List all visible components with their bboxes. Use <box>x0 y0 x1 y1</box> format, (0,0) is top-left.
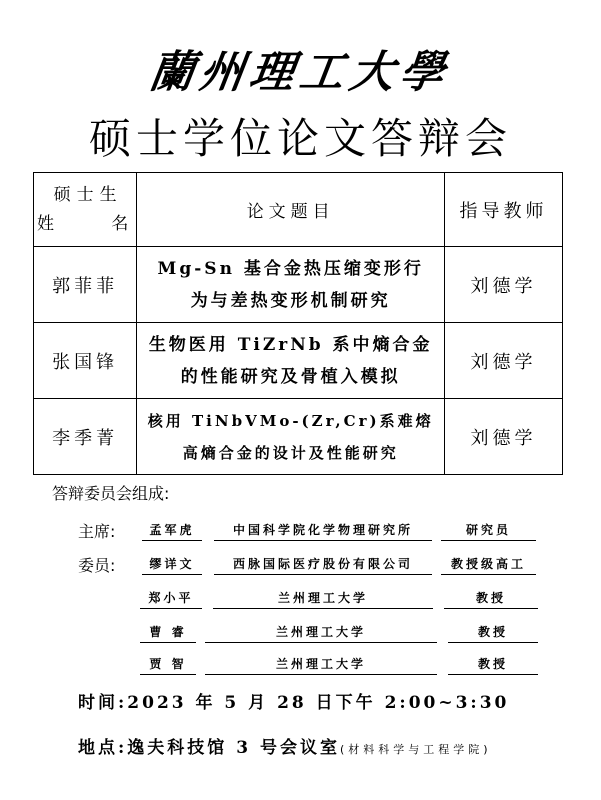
member-title: 研究员 <box>441 522 536 541</box>
event-place: 地点:逸夫科技馆 3 号会议室(材料科学与工程学院) <box>78 733 492 758</box>
committee-row: 委员: 缪详文 西脉国际医疗股份有限公司 教授级高工 <box>0 556 601 578</box>
thesis-line2: 为与差热变形机制研究 <box>137 285 444 317</box>
chair-label: 主席: <box>78 519 115 542</box>
table-row: 张国锋 生物医用 TiZrNb 系中熵合金 的性能研究及骨植入模拟 刘德学 <box>34 323 563 399</box>
member-title: 教授 <box>444 590 538 609</box>
student-name: 李季菁 <box>34 399 137 475</box>
student-name: 张国锋 <box>34 323 137 399</box>
thesis-line1: 核用 TiNbVMo-(Zr,Cr)系难熔 <box>137 405 444 437</box>
thesis-line1: Mg-Sn 基合金热压缩变形行 <box>137 253 444 285</box>
header-thesis: 论文题目 <box>137 173 445 247</box>
member-title: 教授 <box>448 656 538 675</box>
place-value: 逸夫科技馆 3 号会议室 <box>127 738 340 758</box>
university-logo: 蘭州理工大學 <box>0 36 601 100</box>
member-affiliation: 兰州理工大学 <box>205 656 437 675</box>
committee-row: 郑小平 兰州理工大学 教授 <box>0 590 601 612</box>
place-label: 地点: <box>78 738 127 758</box>
member-title: 教授级高工 <box>441 556 536 575</box>
member-name: 贾 智 <box>140 656 196 675</box>
advisor-name: 刘德学 <box>445 399 563 475</box>
thesis-line1: 生物医用 TiZrNb 系中熵合金 <box>137 329 444 361</box>
thesis-table: 硕士生 姓名 论文题目 指导教师 郭菲菲 Mg-Sn 基合金热压缩变形行 为与差… <box>33 172 563 475</box>
thesis-line2: 高熵合金的设计及性能研究 <box>137 437 444 469</box>
member-title: 教授 <box>448 624 538 643</box>
thesis-title: Mg-Sn 基合金热压缩变形行 为与差热变形机制研究 <box>137 247 445 323</box>
table-row: 李季菁 核用 TiNbVMo-(Zr,Cr)系难熔 高熵合金的设计及性能研究 刘… <box>34 399 563 475</box>
place-note: (材料科学与工程学院) <box>340 743 492 756</box>
header-student: 硕士生 姓名 <box>34 173 137 247</box>
committee-heading: 答辩委员会组成: <box>52 481 169 504</box>
student-name: 郭菲菲 <box>34 247 137 323</box>
member-name: 孟军虎 <box>142 522 202 541</box>
page-title: 硕士学位论文答辩会 <box>0 106 601 166</box>
table-header-row: 硕士生 姓名 论文题目 指导教师 <box>34 173 563 247</box>
advisor-name: 刘德学 <box>445 247 563 323</box>
member-affiliation: 兰州理工大学 <box>205 624 437 643</box>
committee-row-chair: 主席: 孟军虎 中国科学院化学物理研究所 研究员 <box>0 522 601 544</box>
thesis-title: 核用 TiNbVMo-(Zr,Cr)系难熔 高熵合金的设计及性能研究 <box>137 399 445 475</box>
time-label: 时间: <box>78 693 127 713</box>
member-label: 委员: <box>78 553 115 576</box>
header-student-line2a: 姓 <box>37 210 54 239</box>
member-affiliation: 西脉国际医疗股份有限公司 <box>214 556 432 575</box>
member-affiliation: 中国科学院化学物理研究所 <box>214 522 432 541</box>
member-name: 缪详文 <box>142 556 202 575</box>
committee-row: 贾 智 兰州理工大学 教授 <box>0 656 601 678</box>
header-student-line2b: 名 <box>111 210 128 239</box>
member-name: 郑小平 <box>140 590 202 609</box>
advisor-name: 刘德学 <box>445 323 563 399</box>
thesis-title: 生物医用 TiZrNb 系中熵合金 的性能研究及骨植入模拟 <box>137 323 445 399</box>
event-time: 时间:2023 年 5 月 28 日下午 2:00~3:30 <box>78 688 509 713</box>
thesis-line2: 的性能研究及骨植入模拟 <box>137 361 444 393</box>
header-student-line1: 硕士生 <box>34 181 136 210</box>
member-name: 曹 睿 <box>140 624 196 643</box>
committee-row: 曹 睿 兰州理工大学 教授 <box>0 624 601 646</box>
time-value: 2023 年 5 月 28 日下午 2:00~3:30 <box>127 693 509 713</box>
header-advisor: 指导教师 <box>445 173 563 247</box>
table-row: 郭菲菲 Mg-Sn 基合金热压缩变形行 为与差热变形机制研究 刘德学 <box>34 247 563 323</box>
member-affiliation: 兰州理工大学 <box>213 590 433 609</box>
